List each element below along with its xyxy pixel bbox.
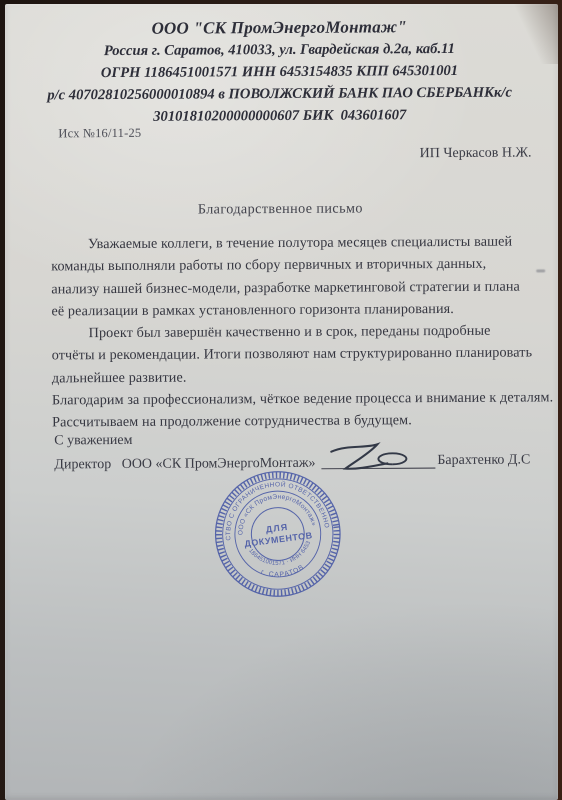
company-bank-line1: р/с 40702810256000010894 в ПОВОЛЖСКИЙ БА… [3, 81, 556, 106]
paragraph-1: Уважаемые коллеги, в течение полутора ме… [51, 230, 534, 322]
recipient: ИП Черкасов Н.Ж. [420, 145, 532, 162]
paper-sheet: ООО "СК ПромЭнергоМонтаж" Россия г. Сара… [5, 4, 558, 800]
company-round-stamp: ОБЩЕСТВО С ОГРАНИЧЕННОЙ ОТВЕТСТВЕННОСТЬЮ… [201, 460, 355, 609]
paragraph-3-line-1: Благодарим за профессионализм, чёткое ве… [52, 389, 553, 408]
letter-content: ООО "СК ПромЭнергоМонтаж" Россия г. Сара… [3, 2, 561, 800]
paragraph-3: Благодарим за профессионализм, чёткое ве… [52, 387, 534, 435]
photographed-letter: ООО "СК ПромЭнергоМонтаж" Россия г. Сара… [0, 0, 562, 800]
paragraph-2: Проект был завершён качественно и в срок… [52, 320, 534, 390]
pen-smudge-mark [536, 269, 545, 272]
outgoing-number: Исх №16/11-25 [58, 126, 141, 142]
paragraph-3-line-2: Рассчитываем на продолжение сотрудничест… [52, 413, 412, 431]
letter-body: Уважаемые коллеги, в течение полутора ме… [51, 230, 534, 434]
company-bank-line2: 30101810200000000607 БИК 043601607 [3, 103, 556, 128]
closing-phrase: С уважением [54, 433, 132, 449]
letterhead: ООО "СК ПромЭнергоМонтаж" Россия г. Сара… [3, 15, 557, 128]
letter-title: Благодарственное письмо [4, 199, 557, 219]
signer-name: Барахтенко Д.С [437, 452, 530, 469]
